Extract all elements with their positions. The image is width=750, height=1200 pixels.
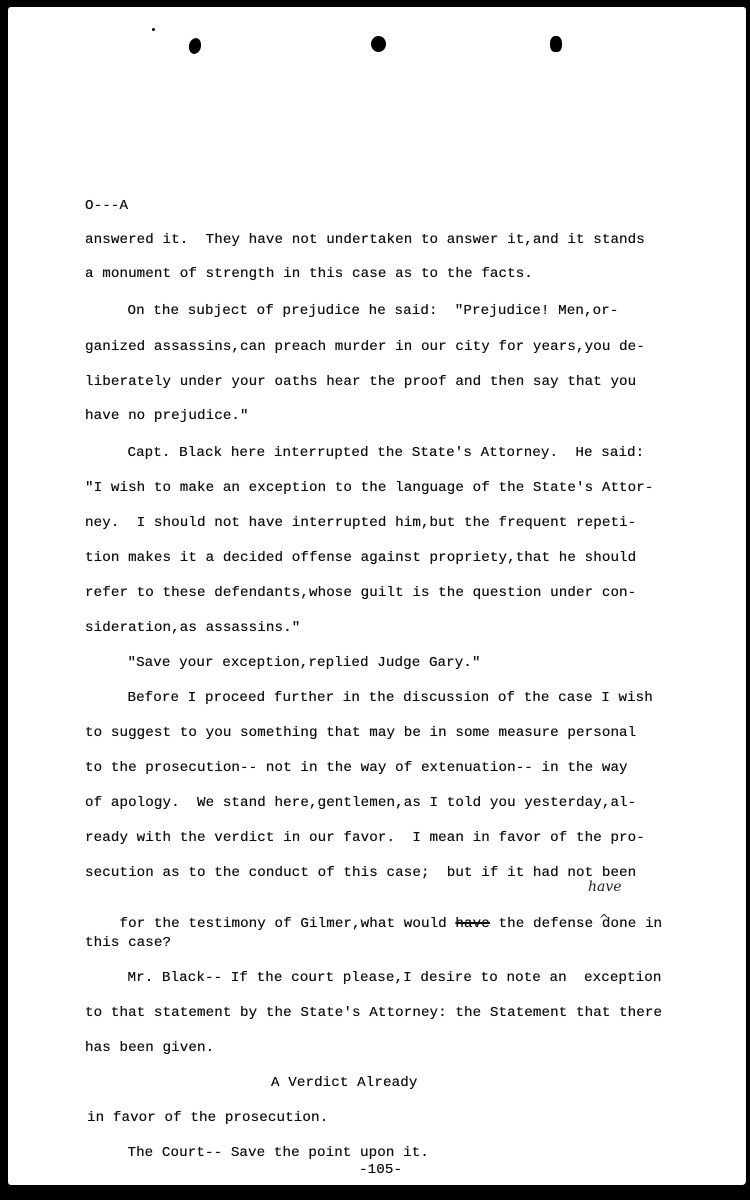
document-page: O---A answered it. They have not underta…	[8, 7, 746, 1185]
text-line-with-correction: for the testimony of Gilmer,what would h…	[85, 900, 662, 948]
punch-hole-left	[187, 37, 202, 55]
text-line: "I wish to make an exception to the lang…	[85, 480, 654, 496]
text-line: Before I proceed further in the discussi…	[93, 690, 653, 706]
text-line: secution as to the conduct of this case;…	[85, 865, 636, 881]
text-line: in favor of the prosecution.	[87, 1110, 328, 1126]
struck-word: have	[455, 916, 489, 932]
text-line: have no prejudice."	[85, 408, 249, 424]
text-line: to that statement by the State's Attorne…	[85, 1005, 662, 1021]
text-line: ready with the verdict in our favor. I m…	[85, 830, 645, 846]
text-line: answered it. They have not undertaken to…	[85, 232, 645, 248]
handwritten-insertion: have	[588, 879, 622, 895]
text-line: this case?	[85, 935, 171, 951]
text-line: ganized assassins,can preach murder in o…	[85, 339, 645, 355]
centered-heading: A Verdict Already	[271, 1075, 417, 1091]
punch-hole-center	[371, 36, 386, 52]
text-segment: the defense done in	[490, 916, 662, 932]
text-line: tion makes it a decided offense against …	[85, 550, 636, 566]
text-line: to suggest to you something that may be …	[85, 725, 636, 741]
text-line: sideration,as assassins."	[85, 620, 300, 636]
text-line: "Save your exception,replied Judge Gary.…	[93, 655, 481, 671]
speck	[152, 28, 155, 31]
text-line: Mr. Black-- If the court please,I desire…	[93, 970, 662, 986]
text-line: ney. I should not have interrupted him,b…	[85, 515, 636, 531]
text-line: of apology. We stand here,gentlemen,as I…	[85, 795, 636, 811]
text-line: Capt. Black here interrupted the State's…	[93, 445, 644, 461]
text-line: has been given.	[85, 1040, 214, 1056]
punch-hole-right	[550, 36, 562, 52]
text-line: a monument of strength in this case as t…	[85, 266, 533, 282]
text-line: On the subject of prejudice he said: "Pr…	[93, 303, 618, 319]
insertion-caret: ^	[599, 912, 609, 926]
text-line: refer to these defendants,whose guilt is…	[85, 585, 636, 601]
text-line: to the prosecution-- not in the way of e…	[85, 760, 628, 776]
text-segment: for the testimony of Gilmer,what would	[119, 916, 455, 932]
page-number: -105-	[359, 1162, 402, 1178]
section-label: O---A	[85, 198, 128, 214]
text-line: The Court-- Save the point upon it.	[93, 1145, 429, 1161]
text-line: liberately under your oaths hear the pro…	[85, 374, 636, 390]
